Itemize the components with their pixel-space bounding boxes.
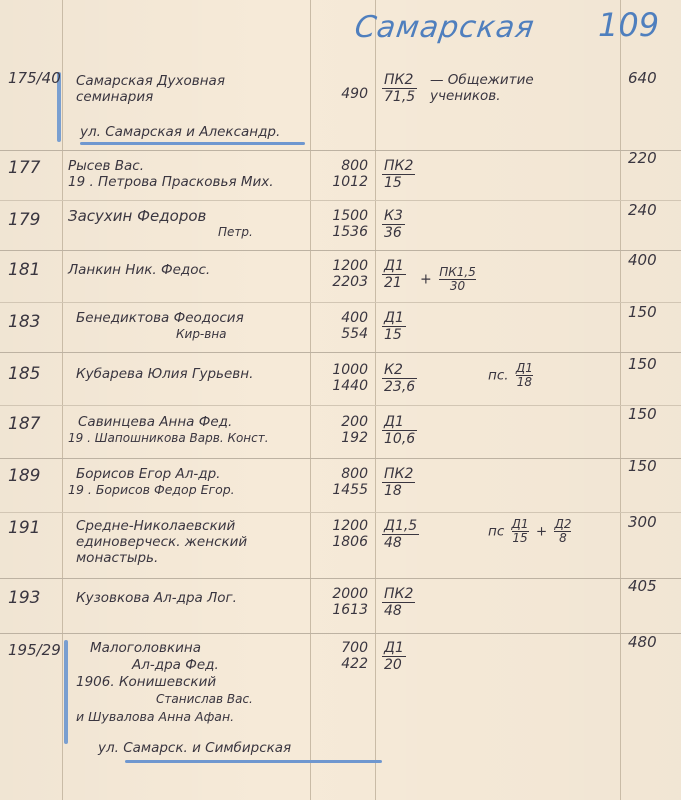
owner-name: Самарская Духовная семинария [76, 73, 225, 105]
row-rule [0, 458, 681, 459]
row-rule [0, 200, 681, 201]
class-fraction: Д1 21 [382, 258, 406, 291]
row-rule [0, 578, 681, 579]
owner-name: Ланкин Ник. Федос. [68, 262, 210, 278]
row-rule [0, 302, 681, 303]
class-fraction: ПК2 15 [382, 158, 415, 191]
class-fraction: Д1 10,6 [382, 414, 417, 447]
entry-number: 191 [8, 520, 40, 536]
header-title: Самарская [353, 10, 537, 45]
owner-name: Средне-Николаевский единоверческ. женски… [76, 518, 247, 566]
area-value: 700 422 [318, 640, 368, 672]
entry-number: 195/29 [8, 642, 61, 659]
assessed-value: 300 [628, 514, 657, 530]
row-rule [0, 250, 681, 251]
row-rule [0, 150, 681, 151]
blue-underline [80, 142, 305, 145]
extra-fraction: + ПК1,5 30 [420, 266, 479, 293]
owner-name: Савинцева Анна Фед. 19 . Шапошникова Вар… [68, 414, 269, 446]
area-value: 800 1455 [318, 466, 368, 498]
entry-number: 193 [8, 590, 40, 606]
blue-underline [125, 760, 382, 763]
blue-margin-mark [64, 640, 68, 744]
assessed-value: 150 [628, 458, 657, 474]
class-fraction: К2 23,6 [382, 362, 417, 395]
assessed-value: 150 [628, 304, 657, 320]
entry-number: 185 [8, 366, 40, 382]
street-note: ул. Самарск. и Симбирская [98, 740, 291, 756]
area-value: 800 1012 [318, 158, 368, 190]
area-value: 1200 1806 [318, 518, 368, 550]
area-value: 200 192 [318, 414, 368, 446]
assessed-value: 405 [628, 578, 657, 594]
area-value: 1500 1536 [318, 208, 368, 240]
entry-number: 179 [8, 212, 40, 228]
owner-name: Засухин Федоров Петр. [68, 208, 253, 240]
entry-number: 189 [8, 468, 40, 484]
class-fraction: Д1 15 [382, 310, 406, 343]
area-value: 1000 1440 [318, 362, 368, 394]
area-value: 400 554 [318, 310, 368, 342]
entry-number: 175/40 [8, 70, 61, 87]
class-fraction: ПК2 18 [382, 466, 415, 499]
owner-name: Рысев Вас. 19 . Петрова Прасковья Мих. [68, 158, 274, 190]
row-rule [0, 405, 681, 406]
area-value: 2000 1613 [318, 586, 368, 618]
row-rule [0, 633, 681, 634]
entry-note: — Общежитие учеников. [430, 72, 570, 104]
class-fraction: Д1,5 48 [382, 518, 419, 551]
column-rule [620, 0, 621, 800]
assessed-value: 150 [628, 356, 657, 372]
assessed-value: 640 [628, 70, 657, 86]
column-rule [310, 0, 311, 800]
column-rule [375, 0, 376, 800]
owner-name: Борисов Егор Ал-др. 19 . Борисов Федор Е… [68, 466, 235, 498]
class-fraction: Д1 20 [382, 640, 406, 673]
entry-number: 187 [8, 416, 40, 432]
ledger-page: Самарская 109 175/40 Самарская Духовная … [0, 0, 681, 800]
assessed-value: 150 [628, 406, 657, 422]
entry-number: 177 [8, 160, 40, 176]
entry-number: 183 [8, 314, 40, 330]
entry-number: 181 [8, 262, 40, 278]
row-rule [0, 352, 681, 353]
entry-note: пс Д1 15 + Д2 8 [488, 518, 574, 545]
owner-name: Бенедиктова Феодосия Кир-вна [76, 310, 244, 342]
owner-name: Кубарева Юлия Гурьевн. [76, 366, 253, 382]
area-value: 490 [318, 86, 368, 102]
page-number: 109 [598, 6, 659, 44]
assessed-value: 480 [628, 634, 657, 650]
assessed-value: 400 [628, 252, 657, 268]
owner-name: Кузовкова Ал-дра Лог. [76, 590, 237, 606]
assessed-value: 220 [628, 150, 657, 166]
row-rule [0, 512, 681, 513]
class-fraction: К3 36 [382, 208, 405, 241]
entry-note: пс. Д1 18 [488, 362, 536, 389]
area-value: 1200 2203 [318, 258, 368, 290]
street-note: ул. Самарская и Александр. [80, 124, 280, 140]
class-fraction: ПК2 48 [382, 586, 415, 619]
owner-name: Малоголовкина Ал-дра Фед. 1906. Конишевс… [76, 640, 253, 725]
column-rule [62, 0, 63, 800]
assessed-value: 240 [628, 202, 657, 218]
class-fraction: ПК2 71,5 [382, 72, 417, 105]
